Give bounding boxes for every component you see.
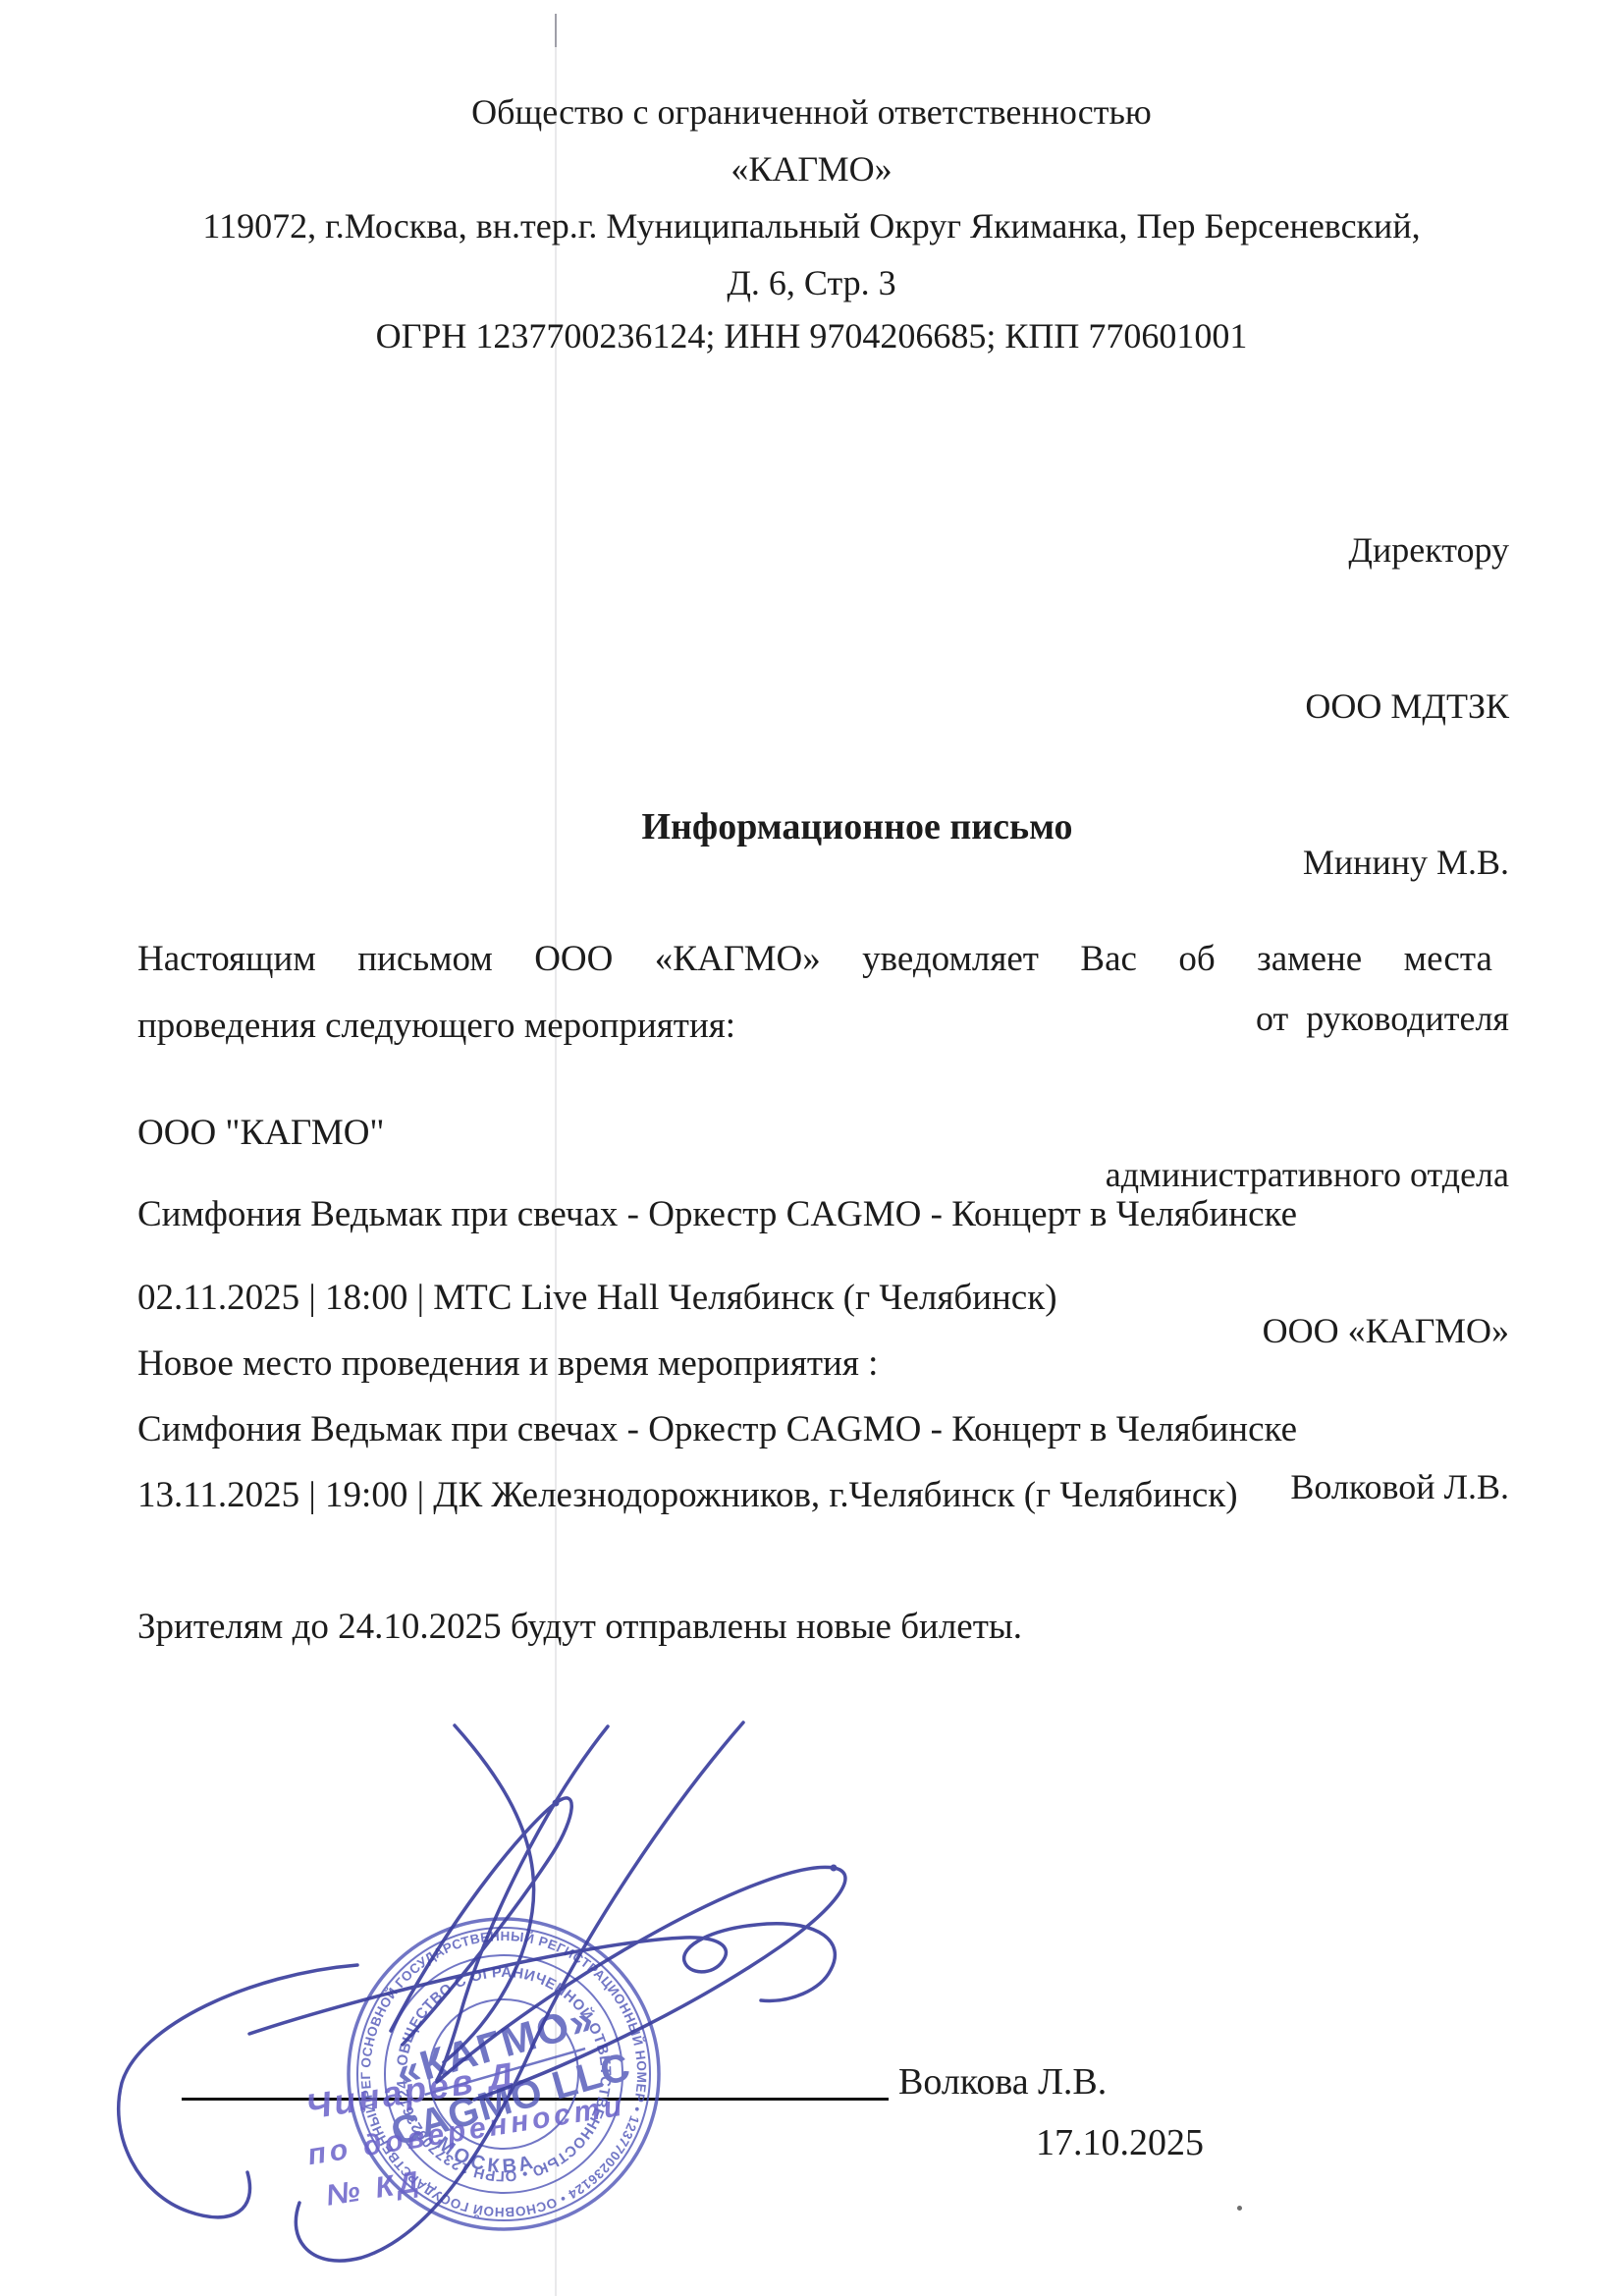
- event-new-name: Симфония Ведьмак при свечах - Оркестр CA…: [137, 1408, 1297, 1450]
- ink-dot-artifact: [1237, 2206, 1242, 2211]
- scanned-letter-page: { "letterhead": { "org_type": "Общество …: [0, 0, 1623, 2296]
- body-word: замене: [1257, 938, 1362, 980]
- letterhead-registration: ОГРН 1237700236124; ИНН 9704206685; КПП …: [0, 316, 1623, 355]
- signature-date: 17.10.2025: [1036, 2121, 1204, 2164]
- body-word: места: [1404, 938, 1492, 980]
- sender-from: от руководителя: [1106, 993, 1509, 1045]
- facsimile-number: № КД: [324, 2165, 425, 2213]
- event-old-datetime: 02.11.2025 | 18:00 | МТС Live Hall Челяб…: [137, 1277, 1057, 1319]
- event-new-datetime: 13.11.2025 | 19:00 | ДК Железнодорожнико…: [137, 1474, 1238, 1516]
- letter-title: Информационное письмо: [91, 805, 1623, 848]
- body-word: об: [1178, 938, 1215, 980]
- company-line: ООО "КАГМО": [137, 1112, 385, 1154]
- tickets-note: Зрителям до 24.10.2025 будут отправлены …: [137, 1606, 1022, 1648]
- sender-company: ООО «КАГМО»: [1106, 1305, 1509, 1357]
- body-word: ООО: [534, 938, 613, 980]
- letterhead-org-type: Общество с ограниченной ответственностью: [0, 92, 1623, 132]
- body-paragraph-line-1: НастоящимписьмомООО«КАГМО»уведомляетВасо…: [137, 938, 1492, 980]
- stamp-and-signature: ОСНОВНОЙ ГОСУДАРСТВЕННЫЙ РЕГИСТРАЦИОННЫЙ…: [79, 1660, 982, 2296]
- letterhead-org-name: «КАГМО»: [0, 149, 1623, 189]
- new-place-label: Новое место проведения и время мероприят…: [137, 1342, 878, 1385]
- body-word: письмом: [357, 938, 493, 980]
- body-word: Настоящим: [137, 938, 316, 980]
- body-word: Вас: [1080, 938, 1137, 980]
- body-word: уведомляет: [862, 938, 1039, 980]
- event-old-name: Симфония Ведьмак при свечах - Оркестр CA…: [137, 1193, 1297, 1235]
- body-word: «КАГМО»: [655, 938, 821, 980]
- recipient-position: Директору: [1106, 524, 1509, 576]
- body-paragraph-line-2: проведения следующего мероприятия:: [137, 1005, 735, 1047]
- letterhead-address-2: Д. 6, Стр. 3: [0, 263, 1623, 302]
- letterhead-address-1: 119072, г.Москва, вн.тер.г. Муниципальны…: [0, 206, 1623, 246]
- fold-tick-artifact: [555, 14, 557, 47]
- recipient-company: ООО МДТЗК: [1106, 681, 1509, 733]
- recipient-block: Директору ООО МДТЗК Минину М.В. от руков…: [1106, 420, 1509, 1565]
